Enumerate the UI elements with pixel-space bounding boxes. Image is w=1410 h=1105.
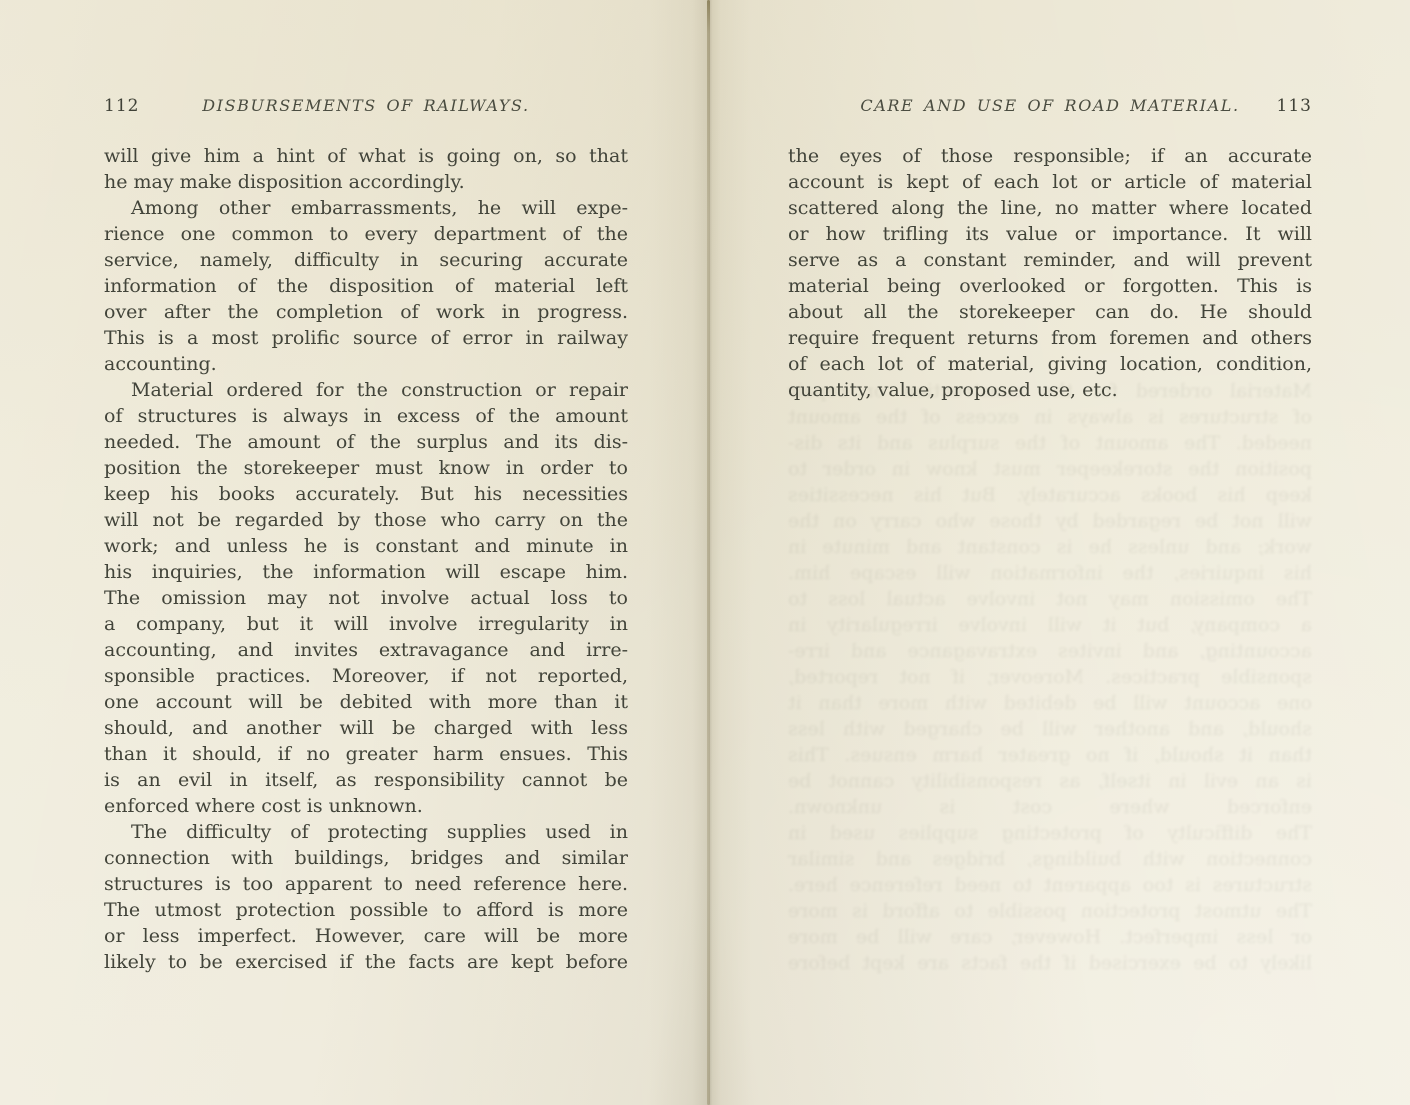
text-line: enforced where cost is unknown. bbox=[104, 793, 628, 819]
bleed-line: The utmost protection possible to afford… bbox=[788, 898, 1312, 924]
bleed-line: one account will be debited with more th… bbox=[788, 690, 1312, 716]
text-line: of structures is always in excess of the… bbox=[104, 403, 628, 429]
bleed-line: his inquiries, the information will esca… bbox=[788, 560, 1312, 586]
page-number: 112 bbox=[104, 96, 166, 116]
bleed-line: a company, but it will involve irregular… bbox=[788, 612, 1312, 638]
bleed-line: connection with buildings, bridges and s… bbox=[788, 846, 1312, 872]
page-number: 113 bbox=[1250, 96, 1312, 116]
text-line: a company, but it will involve irregular… bbox=[104, 611, 628, 637]
text-line: will not be regarded by those who carry … bbox=[104, 507, 628, 533]
text-line: material being overlooked or forgotten. … bbox=[788, 273, 1312, 299]
text-line: accounting, and invites extravagance and… bbox=[104, 637, 628, 663]
text-line: The utmost protection possible to afford… bbox=[104, 897, 628, 923]
text-line: serve as a constant reminder, and will p… bbox=[788, 247, 1312, 273]
page-body: the eyes of those responsible; if an acc… bbox=[788, 143, 1312, 403]
text-line: than it should, if no greater harm ensue… bbox=[104, 741, 628, 767]
text-line: needed. The amount of the surplus and it… bbox=[104, 429, 628, 455]
bleed-line: The difficulty of protecting supplies us… bbox=[788, 820, 1312, 846]
left-page: 112 DISBURSEMENTS OF RAILWAYS. will give… bbox=[0, 0, 710, 1105]
text-line: require frequent returns from foremen an… bbox=[788, 325, 1312, 351]
text-line: scattered along the line, no matter wher… bbox=[788, 195, 1312, 221]
text-line: Material ordered for the construction or… bbox=[104, 377, 628, 403]
text-line: or how trifling its value or importance.… bbox=[788, 221, 1312, 247]
text-line: quantity, value, proposed use, etc. bbox=[788, 377, 1312, 403]
bleed-line: or less imperfect. However, care will be… bbox=[788, 924, 1312, 950]
text-line: information of the disposition of materi… bbox=[104, 273, 628, 299]
text-line: Among other embarrassments, he will expe… bbox=[104, 195, 628, 221]
book-spread: 112 DISBURSEMENTS OF RAILWAYS. will give… bbox=[0, 0, 1410, 1105]
bleed-line: likely to be exercised if the facts are … bbox=[788, 950, 1312, 976]
bleed-line: is an evil in itself, as responsibility … bbox=[788, 768, 1312, 794]
text-line: he may make disposition accordingly. bbox=[104, 169, 628, 195]
bleed-line: position the storekeeper must know in or… bbox=[788, 456, 1312, 482]
text-line: the eyes of those responsible; if an acc… bbox=[788, 143, 1312, 169]
bleed-line: keep his books accurately. But his neces… bbox=[788, 482, 1312, 508]
text-line: work; and unless he is constant and minu… bbox=[104, 533, 628, 559]
text-line: likely to be exercised if the facts are … bbox=[104, 949, 628, 975]
text-line: about all the storekeeper can do. He sho… bbox=[788, 299, 1312, 325]
right-page: CARE AND USE OF ROAD MATERIAL. 113 the e… bbox=[710, 0, 1410, 1105]
text-line: one account will be debited with more th… bbox=[104, 689, 628, 715]
text-line: will give him a hint of what is going on… bbox=[104, 143, 628, 169]
text-line: of each lot of material, giving location… bbox=[788, 351, 1312, 377]
bleed-line: work; and unless he is constant and minu… bbox=[788, 534, 1312, 560]
text-line: position the storekeeper must know in or… bbox=[104, 455, 628, 481]
text-line: rience one common to every department of… bbox=[104, 221, 628, 247]
bleed-line: than it should, if no greater harm ensue… bbox=[788, 742, 1312, 768]
text-line: This is a most prolific source of error … bbox=[104, 325, 628, 351]
right-page-header: CARE AND USE OF ROAD MATERIAL. 113 bbox=[788, 96, 1312, 116]
text-line: service, namely, difficulty in securing … bbox=[104, 247, 628, 273]
text-line: The difficulty of protecting supplies us… bbox=[104, 819, 628, 845]
text-line: over after the completion of work in pro… bbox=[104, 299, 628, 325]
text-line: account is kept of each lot or article o… bbox=[788, 169, 1312, 195]
bleed-line: accounting, and invites extravagance and… bbox=[788, 638, 1312, 664]
bleed-line: structures is too apparent to need refer… bbox=[788, 872, 1312, 898]
left-page-header: 112 DISBURSEMENTS OF RAILWAYS. bbox=[104, 96, 628, 116]
text-line: The omission may not involve actual loss… bbox=[104, 585, 628, 611]
text-line: connection with buildings, bridges and s… bbox=[104, 845, 628, 871]
bleed-line: sponsible practices. Moreover, if not re… bbox=[788, 664, 1312, 690]
text-line: his inquiries, the information will esca… bbox=[104, 559, 628, 585]
running-head: DISBURSEMENTS OF RAILWAYS. bbox=[166, 96, 566, 115]
text-line: structures is too apparent to need refer… bbox=[104, 871, 628, 897]
text-line: accounting. bbox=[104, 351, 628, 377]
bleed-through-text: Material ordered for the construction or… bbox=[788, 378, 1312, 976]
text-line: is an evil in itself, as responsibility … bbox=[104, 767, 628, 793]
text-line: should, and another will be charged with… bbox=[104, 715, 628, 741]
bleed-line: The omission may not involve actual loss… bbox=[788, 586, 1312, 612]
text-line: keep his books accurately. But his neces… bbox=[104, 481, 628, 507]
text-line: or less imperfect. However, care will be… bbox=[104, 923, 628, 949]
running-head: CARE AND USE OF ROAD MATERIAL. bbox=[850, 96, 1250, 115]
bleed-line: of structures is always in excess of the… bbox=[788, 404, 1312, 430]
bleed-line: will not be regarded by those who carry … bbox=[788, 508, 1312, 534]
text-line: sponsible practices. Moreover, if not re… bbox=[104, 663, 628, 689]
bleed-line: enforced where cost is unknown. bbox=[788, 794, 1312, 820]
page-body: will give him a hint of what is going on… bbox=[104, 143, 628, 975]
bleed-line: needed. The amount of the surplus and it… bbox=[788, 430, 1312, 456]
bleed-line: should, and another will be charged with… bbox=[788, 716, 1312, 742]
